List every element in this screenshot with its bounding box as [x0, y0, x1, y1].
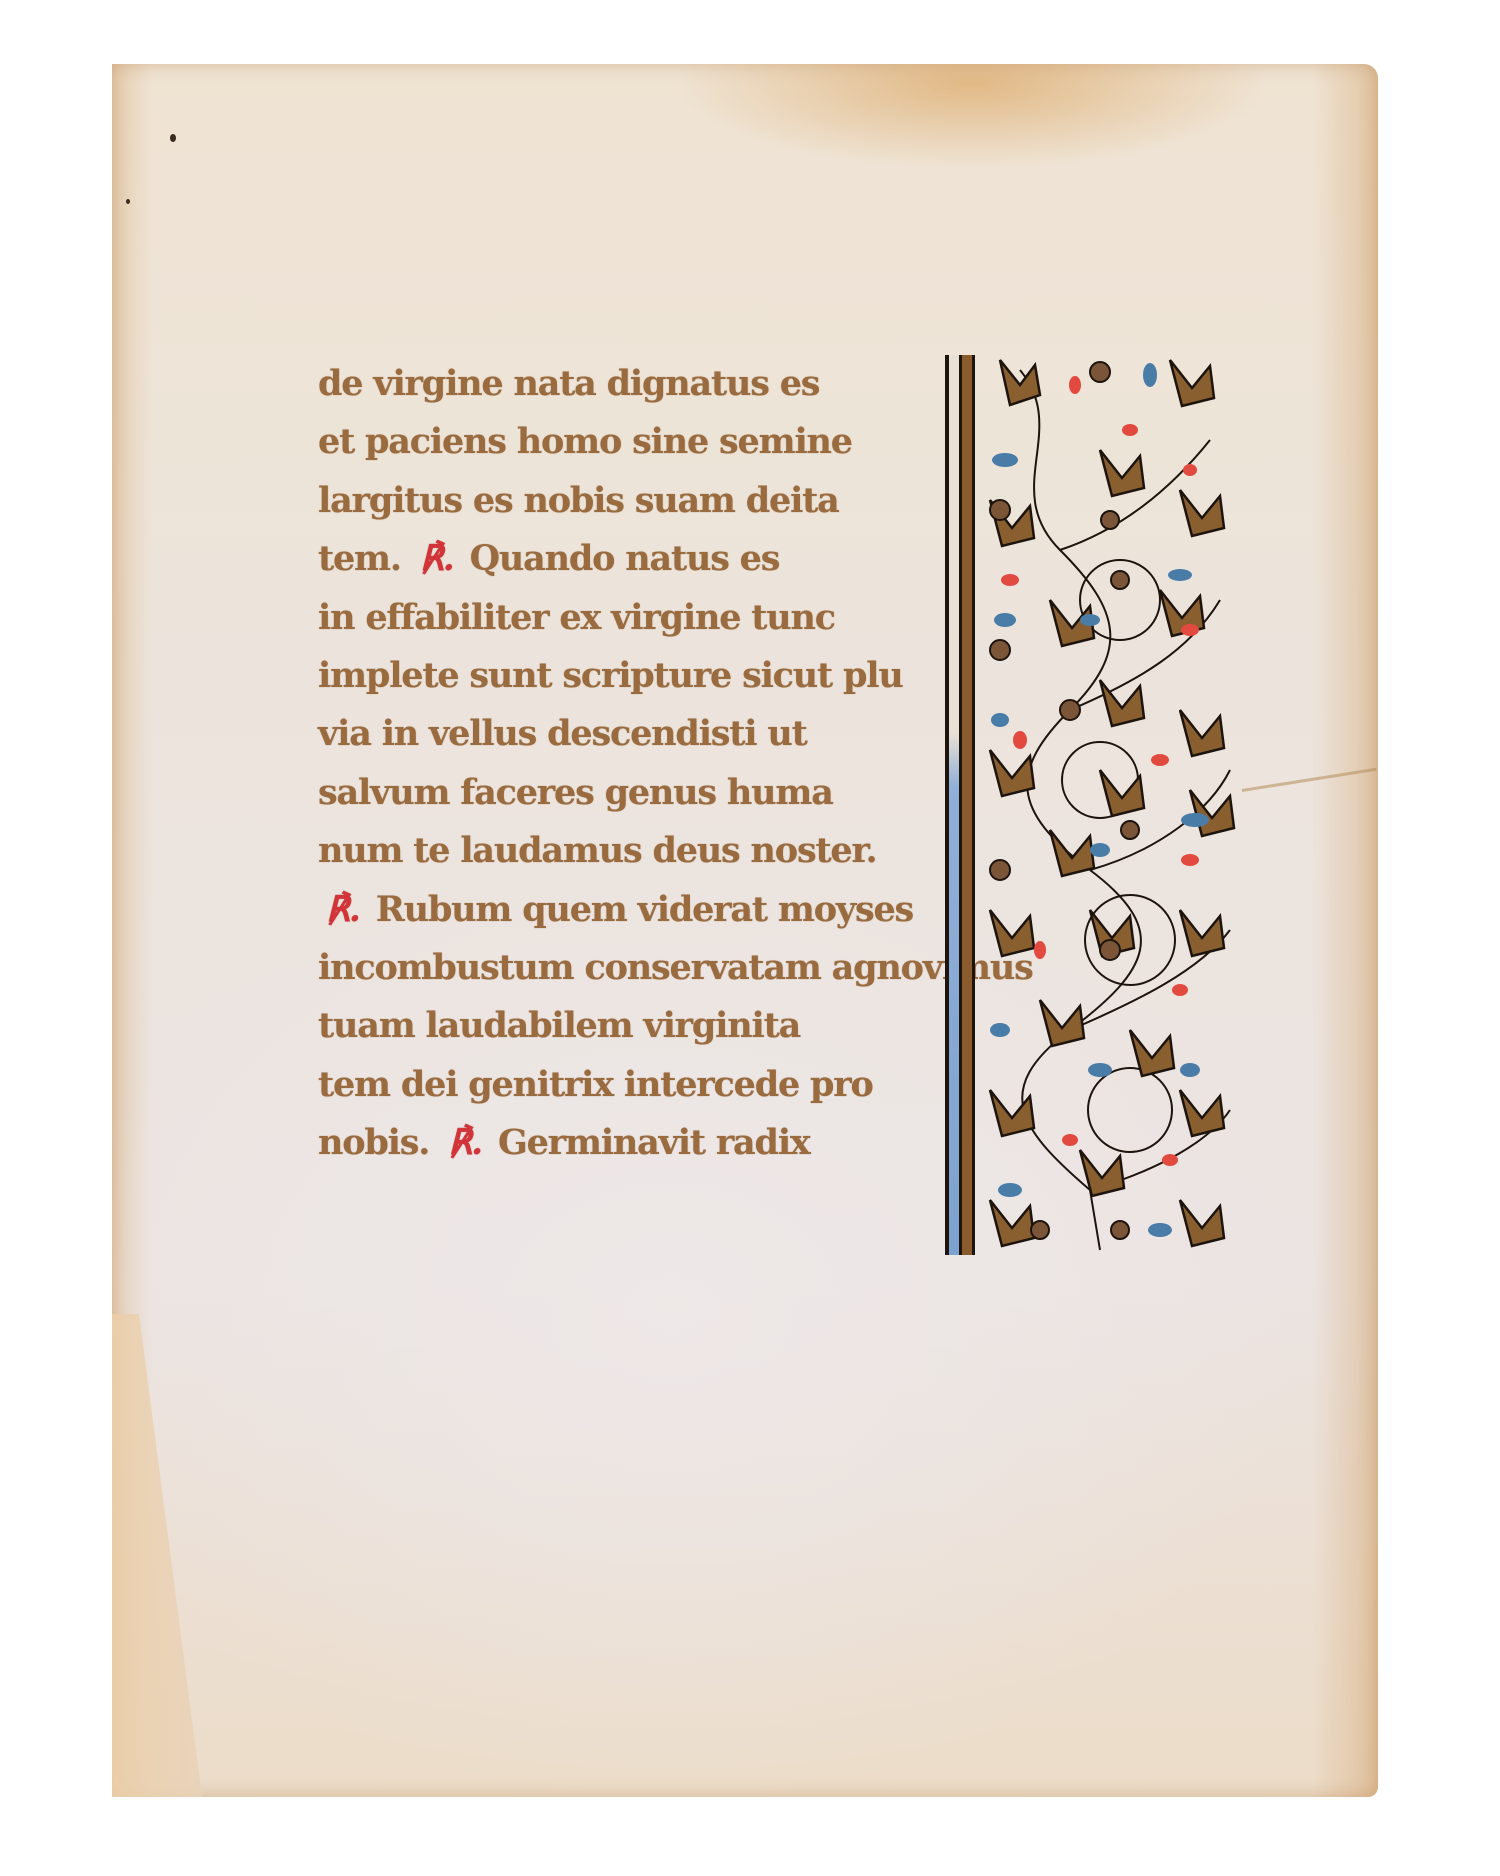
text-line: tuam laudabilem virginita [318, 997, 958, 1055]
text-line: et paciens homo sine semine [318, 413, 958, 471]
text-block: de virgine nata dignatus eset paciens ho… [318, 355, 958, 1172]
text-line: tem. ℟.Quando natus es [318, 530, 958, 588]
text-segment: incombustum conservatam agnovimus [318, 947, 1033, 988]
text-segment: tem. [318, 538, 401, 579]
text-segment: Germinavit radix [498, 1122, 810, 1163]
text-segment: in effabiliter ex virgine tunc [318, 597, 835, 638]
text-segment: implete sunt scripture sicut plu [318, 655, 903, 696]
text-line: in effabiliter ex virgine tunc [318, 589, 958, 647]
rubric-response-sign: ℟. [420, 538, 454, 579]
text-segment: tem dei genitrix intercede pro [318, 1064, 873, 1105]
border-bar [945, 355, 977, 1255]
vellum-tear [1242, 768, 1377, 792]
text-line: num te laudamus deus noster. [318, 822, 958, 880]
text-segment: salvum faceres genus huma [318, 772, 833, 813]
ink-speck [126, 199, 130, 204]
text-line: tem dei genitrix intercede pro [318, 1056, 958, 1114]
text-line: nobis. ℟.Germinavit radix [318, 1114, 958, 1172]
text-segment: Quando natus es [470, 538, 780, 579]
text-segment: tuam laudabilem virginita [318, 1005, 800, 1046]
text-line: implete sunt scripture sicut plu [318, 647, 958, 705]
text-segment: de virgine nata dignatus es [318, 363, 819, 404]
text-line: salvum faceres genus huma [318, 764, 958, 822]
text-segment: et paciens homo sine semine [318, 421, 852, 462]
text-segment: largitus es nobis suam deita [318, 480, 839, 521]
text-segment: Rubum quem viderat moyses [376, 889, 913, 930]
text-line: de virgine nata dignatus es [318, 355, 958, 413]
rubric-response-sign: ℟. [326, 889, 360, 930]
text-segment: nobis. [318, 1122, 429, 1163]
text-segment: via in vellus descendisti ut [318, 713, 807, 754]
rubric-response-sign: ℟. [448, 1122, 482, 1163]
text-segment: num te laudamus deus noster. [318, 830, 877, 871]
text-line: largitus es nobis suam deita [318, 472, 958, 530]
folded-corner [112, 1314, 202, 1797]
ink-speck [170, 134, 176, 142]
text-line: incombustum conservatam agnovimus [318, 939, 958, 997]
text-line: ℟.Rubum quem viderat moyses [318, 881, 958, 939]
foliate-border-ornament [980, 350, 1260, 1260]
text-line: via in vellus descendisti ut [318, 705, 958, 763]
